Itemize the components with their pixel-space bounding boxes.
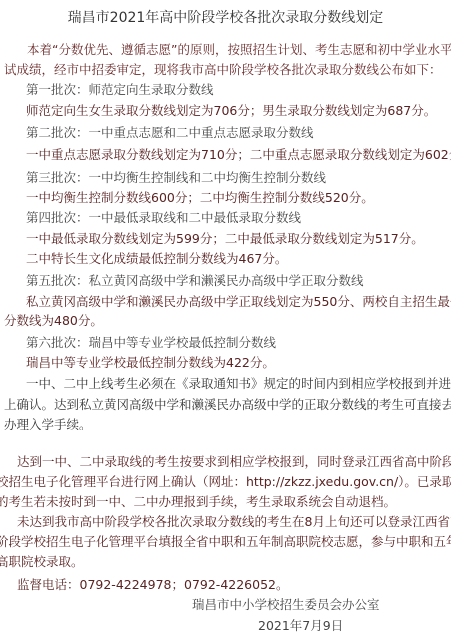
batch-4-heading: 第四批次：一中最低录取线和二中最低录取分数线 [26, 210, 301, 226]
batch-5-detail-2: 分数线为480分。 [4, 313, 103, 329]
lower-note-line-6: 高职院校录取。 [0, 554, 84, 570]
intro-line-1: 本着“分数优先、遵循志愿”的原则，按照招生计划、考生志愿和初中学业水平考 [27, 42, 451, 58]
hotline: 监督电话：0792-4224978；0792-4226052。 [17, 577, 289, 593]
confirm-note-line-2: 上确认。达到私立黄冈高级中学和濑溪民办高级中学的正取分数线的考生可直接去两校 [4, 397, 451, 413]
confirm-note-line-1: 一中、二中上线考生必须在《录取通知书》规定的时间内到相应学校报到并进行网 [26, 376, 451, 392]
lower-notes-block: 达到一中、二中录取线的考生按要求到相应学校报到，同时登录江西省高中阶段学 校招生… [0, 430, 451, 605]
page-title: 瑞昌市2021年高中阶段学校各批次录取分数线划定 [0, 7, 451, 27]
intro-line-2: 试成绩，经市中招委审定，现将我市高中阶段学校各批次录取分数线公布如下： [4, 62, 442, 78]
lower-note-line-3: 的考生若未按时到一中、二中办理报到手续，考生录取系统会自动退档。 [0, 494, 396, 510]
batch-3-detail: 一中均衡生控制分数线600分；二中均衡生控制分数线520分。 [26, 190, 374, 206]
batch-5-detail-1: 私立黄冈高级中学和濑溪民办高级中学正取线划定为550分、两校自主招生最低控制 [26, 294, 451, 310]
lower-note-line-2: 校招生电子化管理平台进行网上确认（网址：http://zkzz.jxedu.go… [0, 474, 451, 490]
batch-3-heading: 第三批次：一中均衡生控制线和二中均衡生控制分数线 [26, 170, 326, 186]
batch-5-heading: 第五批次：私立黄冈高级中学和濑溪民办高级中学正取分数线 [26, 273, 364, 289]
batch-2-heading: 第二批次：一中重点志愿和二中重点志愿录取分数线 [26, 125, 314, 141]
batch-4-detail-2: 二中特长生文化成绩最低控制分数线为467分。 [26, 251, 287, 267]
batch-2-detail: 一中重点志愿录取分数线划定为710分；二中重点志愿录取分数线划定为602分。 [26, 147, 451, 163]
batch-6-heading: 第六批次：瑞昌中等专业学校最低控制分数线 [26, 335, 276, 351]
batch-4-detail-1: 一中最低录取分数线划定为599分；二中最低录取分数线划定为517分。 [26, 231, 424, 247]
lower-note-line-5: 阶段学校招生电子化管理平台填报全省中职和五年制高职院校志愿，参与中职和五年制 [0, 534, 451, 550]
batch-1-heading: 第一批次：师范定向生录取分数线 [26, 82, 214, 98]
batch-6-detail: 瑞昌中等专业学校最低控制分数线为422分。 [26, 355, 275, 371]
batch-1-detail: 师范定向生女生录取分数线划定为706分；男生录取分数线划定为687分。 [26, 103, 436, 119]
lower-note-line-4: 未达到我市高中阶段学校各批次录取分数线的考生在8月上旬还可以登录江西省高中 [17, 514, 451, 530]
signature-date: 2021年7月9日 [258, 616, 343, 634]
signature-org: 瑞昌市中小学校招生委员会办公室 [192, 595, 380, 613]
lower-note-line-1: 达到一中、二中录取线的考生按要求到相应学校报到，同时登录江西省高中阶段学 [17, 454, 451, 470]
